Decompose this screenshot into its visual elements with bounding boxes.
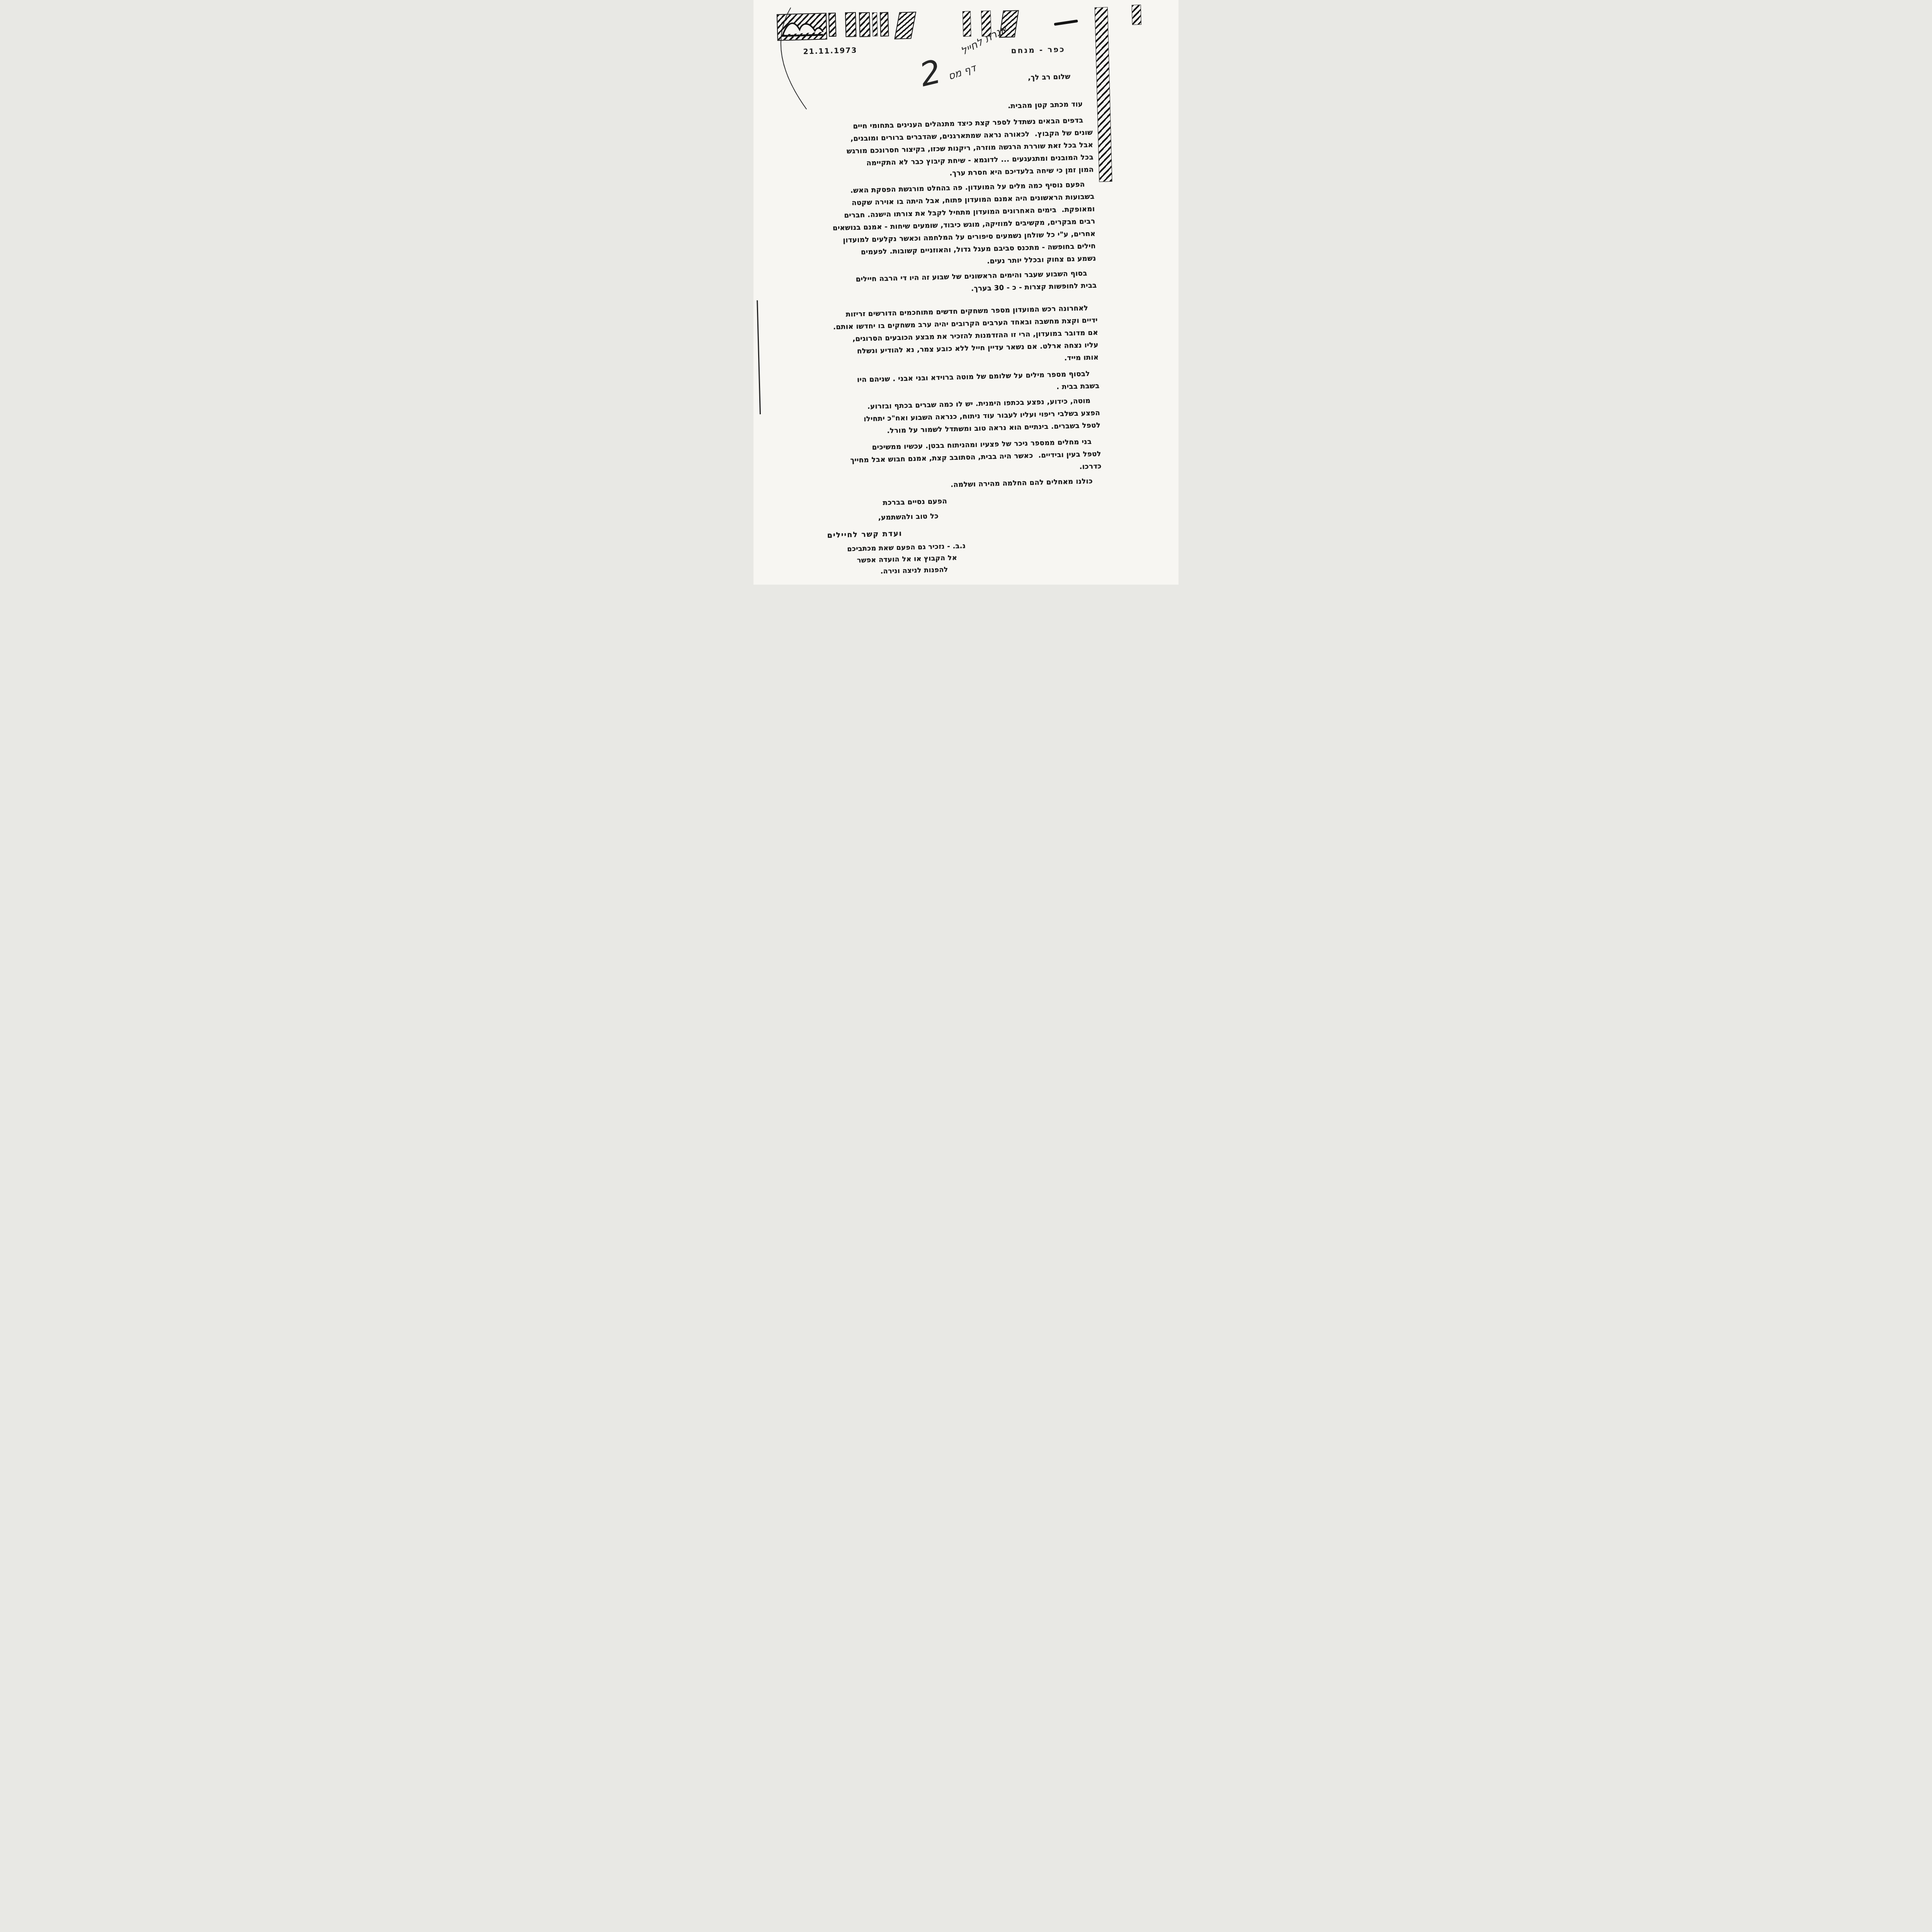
binding-strip-artifact	[1095, 7, 1112, 182]
location-header: כפר - מנחם	[1011, 44, 1065, 55]
pen-dash-mark	[1054, 20, 1078, 26]
stripe-mark	[963, 11, 971, 37]
scanned-letter-page: 21.11.1973 כפר - מנחם אגרת לחייל דף מס 2…	[753, 0, 1179, 585]
stripe-mark	[880, 12, 889, 37]
stripe-mark	[894, 12, 916, 39]
scan-tilt-wrapper: 21.11.1973 כפר - מנחם אגרת לחייל דף מס 2…	[753, 0, 1179, 585]
stripe-mark	[1132, 5, 1141, 25]
letter-body: שלום רב לך,עוד מכתב קטן מהבית.בדפים הבאי…	[787, 70, 1104, 579]
stripe-mark	[872, 12, 878, 36]
letter-date: 21.11.1973	[803, 46, 857, 56]
stripe-mark	[859, 12, 871, 37]
page-edge-artifact	[757, 300, 761, 414]
stripe-mark	[845, 12, 857, 37]
